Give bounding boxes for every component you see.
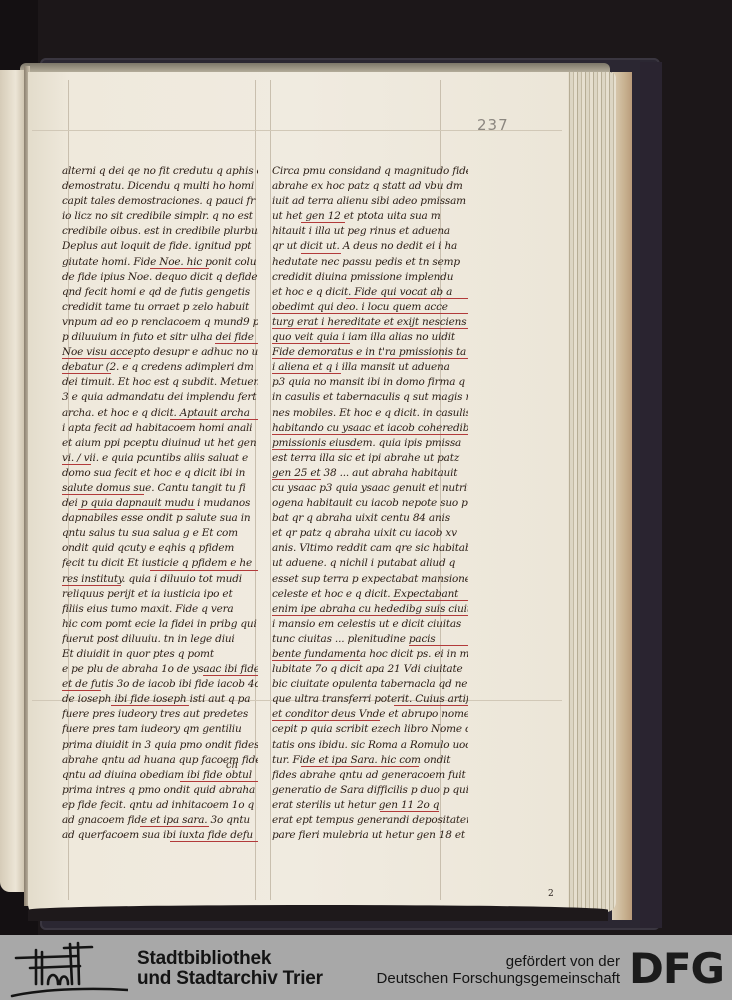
manuscript-line: nes mobiles. Et hoc e q dicit. in casuli… xyxy=(272,406,468,421)
manuscript-line: ogena habitauit cu iacob nepote suo pro xyxy=(272,496,468,511)
manuscript-line: Et diuidit in quor ptes q pomt xyxy=(62,647,258,662)
manuscript-line: vi. / vii. e quia pcuntibs aliis saluat … xyxy=(62,451,258,466)
manuscript-line: io licz no sit credibile simplr. q no es… xyxy=(62,209,258,224)
library-name-line2: und Stadtarchiv Trier xyxy=(137,969,323,989)
manuscript-line: ad gnacoem fide et ipa sara. 3o qntu xyxy=(62,813,258,828)
manuscript-line: i mansio em celestis ut e dicit ciuitas xyxy=(272,617,468,632)
manuscript-line: dei p quia dapnauit mudu i mudanos xyxy=(62,496,258,511)
manuscript-line: ut het gen 12 et ptota uita sua m xyxy=(272,209,468,224)
text-column-left: alterni q dei qe no fit credutu q aphis … xyxy=(62,164,258,843)
manuscript-line: fuerut post diluuiu. tn in lege diui xyxy=(62,632,258,647)
text-column-right: Circa pmu considand q magnitudo fideiabr… xyxy=(272,164,468,843)
manuscript-line: dapnabiles esse ondit p salute sua in xyxy=(62,511,258,526)
manuscript-line: enim ipe abraha cu hededibg suis ciuitat… xyxy=(272,602,468,617)
manuscript-line: p3 quia no mansit ibi in domo firma q xyxy=(272,375,468,390)
manuscript-line: alterni q dei qe no fit credutu q aphis … xyxy=(62,164,258,179)
manuscript-line: et aium ppi pceptu diuinud ut het gen xyxy=(62,436,258,451)
manuscript-line: prima intres q pmo ondit quid abraha xyxy=(62,783,258,798)
manuscript-line: prima diuidit in 3 quia pmo ondit fides xyxy=(62,738,258,753)
manuscript-line: e pe plu de abraha 1o de ysaac ibi fide xyxy=(62,662,258,677)
manuscript-line: credidit tame tu orraet p zelo habuit xyxy=(62,300,258,315)
manuscript-line: bente fundamenta hoc dicit ps. ei in mod… xyxy=(272,647,468,662)
manuscript-line: ondit quid qcuty e eqhis q pfidem xyxy=(62,541,258,556)
manuscript-line: demostratu. Dicendu q multi ho homi no xyxy=(62,179,258,194)
ruling-line xyxy=(270,80,271,900)
manuscript-line: et de futis 3o de iacob ibi fide iacob 4… xyxy=(62,677,258,692)
manuscript-line: generatio de Sara difficilis p duo p qui… xyxy=(272,783,468,798)
manuscript-line: erat sterilis ut hetur gen 11 2o q xyxy=(272,798,468,813)
manuscript-line: capit tales demostraciones. q pauci fr xyxy=(62,194,258,209)
manuscript-line: salute domus sue. Cantu tangit tu fi xyxy=(62,481,258,496)
manuscript-line: Circa pmu considand q magnitudo fidei xyxy=(272,164,468,179)
manuscript-line: anis. Vltimo reddit cam qre sic habitaba… xyxy=(272,541,468,556)
manuscript-line: ep fide fecit. qntu ad inhitacoem 1o q m xyxy=(62,798,258,813)
manuscript-line: res instituty. quia i diluuio tot mudi xyxy=(62,572,258,587)
manuscript-line: quo veit quia i iam illa alias no uidit xyxy=(272,330,468,345)
library-name-line1: Stadtbibliothek xyxy=(137,949,323,969)
manuscript-line: ut aduene. q nichil i putabat aliud q xyxy=(272,556,468,571)
manuscript-line: Fide demoratus e in t'ra pmissionis ta xyxy=(272,345,468,360)
manuscript-line: fuere pres iudeory tres aut predetes xyxy=(62,707,258,722)
manuscript-line: est terra illa sic et ipi abrahe ut patz xyxy=(272,451,468,466)
manuscript-line: archa. et hoc e q dicit. Aptauit archa xyxy=(62,406,258,421)
book-cover-edge xyxy=(640,62,662,928)
manuscript-line: hic com pomt ecie la fidei in pribg qui xyxy=(62,617,258,632)
manuscript-line: credibile oibus. est in credibile plurbu… xyxy=(62,224,258,239)
manuscript-line: domo sua fecit et hoc e q dicit ibi in xyxy=(62,466,258,481)
quire-signature: 2 xyxy=(548,889,554,899)
manuscript-line: vnpum ad eo p renclacoem q mund9 priet xyxy=(62,315,258,330)
manuscript-line: hedutate nec passu pedis et tn semp xyxy=(272,255,468,270)
manuscript-line: qr ut dicit ut. A deus no dedit ei i ha xyxy=(272,239,468,254)
manuscript-line: turg erat i hereditate et exijt nesciens xyxy=(272,315,468,330)
catchword: ch xyxy=(226,760,238,771)
manuscript-line: filiis eius tumo maxit. Fide q vera xyxy=(62,602,258,617)
manuscript-line: habitando cu ysaac et iacob coheredib xyxy=(272,421,468,436)
manuscript-line: pmissionis eiusdem. quia ipis pmissa xyxy=(272,436,468,451)
manuscript-line: bic ciuitate opulenta tabernacla qd ne xyxy=(272,677,468,692)
footer-banner: Stadtbibliothek und Stadtarchiv Trier ge… xyxy=(0,935,732,1000)
manuscript-line: ad querfacoem sua ibi iuxta fide defu xyxy=(62,828,258,843)
manuscript-line: cu ysaac p3 quia ysaac genuit et nutriui… xyxy=(272,481,468,496)
manuscript-line: fecit tu dicit Et iusticie q pfidem e he xyxy=(62,556,258,571)
manuscript-line: abrahe ex hoc patz q statt ad vbu dm xyxy=(272,179,468,194)
manuscript-scan: 237 alterni q dei qe no fit credutu q ap… xyxy=(0,0,732,935)
manuscript-line: 3 e quia admandatu dei implendu fert xyxy=(62,390,258,405)
manuscript-line: Noe visu accepto desupr e adhuc no ui xyxy=(62,345,258,360)
manuscript-line: i aliena et q i illa mansit ut aduena xyxy=(272,360,468,375)
manuscript-line: de ioseph ibi fide ioseph isti aut q pa xyxy=(62,692,258,707)
library-name: Stadtbibliothek und Stadtarchiv Trier xyxy=(137,949,323,989)
manuscript-line: cepit p quia scribit ezech libro Nome ci… xyxy=(272,722,468,737)
funding-line2: Deutschen Forschungsgemeinschaft xyxy=(377,970,620,987)
manuscript-line: gen 25 et 38 ... aut abraha habitauit xyxy=(272,466,468,481)
manuscript-line: bat qr q abraha uixit centu 84 anis xyxy=(272,511,468,526)
manuscript-line: p diluuium in futo et sitr ulha dei fide xyxy=(62,330,258,345)
manuscript-line: fides abrahe qntu ad generacoem fuit cm xyxy=(272,768,468,783)
dfg-logo: DFG xyxy=(629,947,724,991)
manuscript-line: tur. Fide et ipa Sara. hic com ondit xyxy=(272,753,468,768)
manuscript-line: dei timuit. Et hoc est q subdit. Metuens xyxy=(62,375,258,390)
manuscript-line: giutate homi. Fide Noe. hic ponit colu xyxy=(62,255,258,270)
funding-line1: gefördert von der xyxy=(377,953,620,970)
manuscript-line: qntu salus tu sua salua g e Et com xyxy=(62,526,258,541)
library-logo-icon xyxy=(8,938,128,998)
manuscript-line: erat ept tempus generandi depositatem xyxy=(272,813,468,828)
manuscript-line: et hoc e q dicit. Fide qui vocat ab a xyxy=(272,285,468,300)
manuscript-line: i apta fecit ad habitacoem homi anali xyxy=(62,421,258,436)
manuscript-line: et conditor deus Vnde et abrupo nome ac xyxy=(272,707,468,722)
manuscript-line: esset sup terra p expectabat mansione xyxy=(272,572,468,587)
manuscript-line: in casulis et tabernaculis q sut magis m… xyxy=(272,390,468,405)
page-bottom-shadow xyxy=(28,905,608,921)
manuscript-line: tatis ons ibidu. sic Roma a Romulo uoca xyxy=(272,738,468,753)
manuscript-line: tunc ciuitas ... plenitudine pacis xyxy=(272,632,468,647)
manuscript-line: de fide ipius Noe. dequo dicit q defide xyxy=(62,270,258,285)
manuscript-line: reliquus perijt et ia iusticia ipo et xyxy=(62,587,258,602)
funding-notice: gefördert von der Deutschen Forschungsge… xyxy=(377,953,620,987)
manuscript-line: hitauit i illa ut peg rinus et aduena xyxy=(272,224,468,239)
manuscript-line: Deplus aut loquit de fide. ignitud ppt xyxy=(62,239,258,254)
manuscript-line: credidit diuina pmissione implendu xyxy=(272,270,468,285)
manuscript-line: celeste et hoc e q dicit. Expectabant xyxy=(272,587,468,602)
manuscript-line: fuere pres tam iudeory qm gentiliu xyxy=(62,722,258,737)
folio-number: 237 xyxy=(477,116,509,134)
verso-page-edge xyxy=(0,70,26,892)
stacked-leaves xyxy=(566,72,616,912)
manuscript-line: que ultra transferri poterit. Cuius arti… xyxy=(272,692,468,707)
manuscript-line: obedimt qui deo. i locu quem acce xyxy=(272,300,468,315)
manuscript-line: debatur (2. e q credens adimpleri dm xyxy=(62,360,258,375)
manuscript-line: lubitate 7o q dicit apa 21 Vdi ciuitate xyxy=(272,662,468,677)
manuscript-line: pare fieri mulebria ut hetur gen 18 et i… xyxy=(272,828,468,843)
manuscript-line: et qr patz q abraha uixit cu iacob xv xyxy=(272,526,468,541)
manuscript-line: iuit ad terra alienu sibi adeo pmissam xyxy=(272,194,468,209)
manuscript-line: qnd fecit homi e qd de futis gengetis xyxy=(62,285,258,300)
